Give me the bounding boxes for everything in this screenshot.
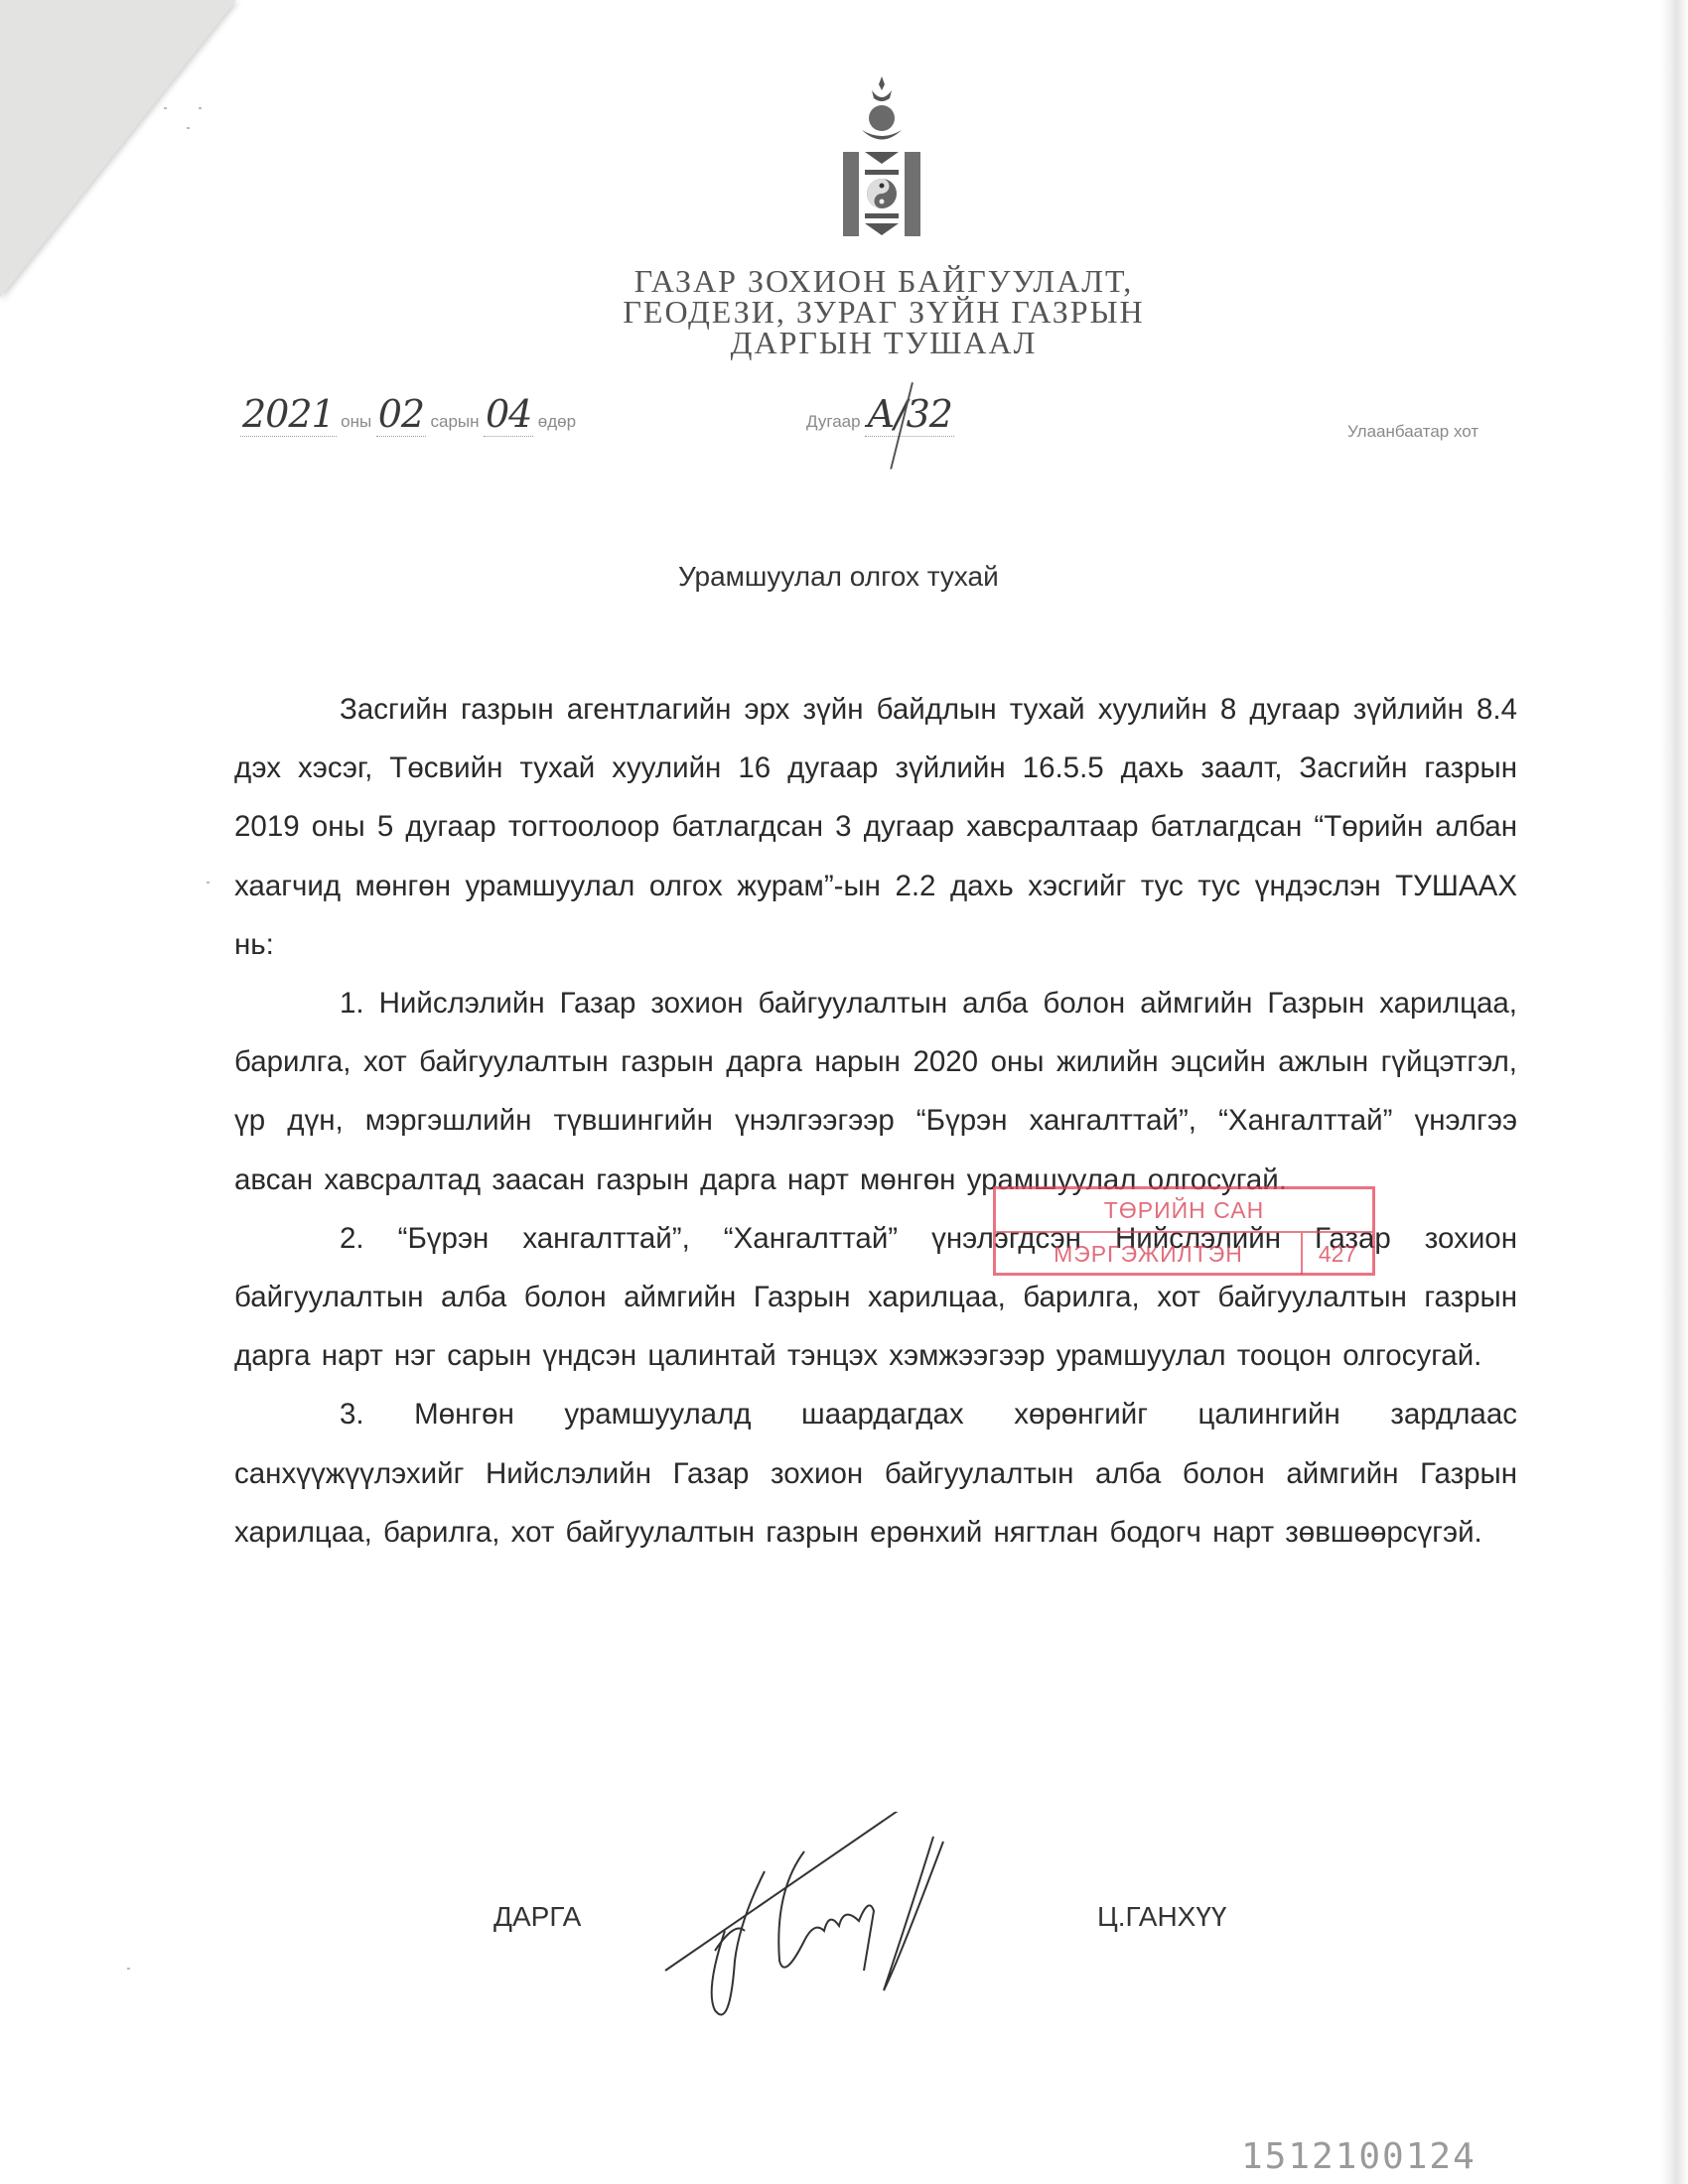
agency-title: ГАЗАР ЗОХИОН БАЙГУУЛАЛТ, ГЕОДЕЗИ, ЗУРАГ … [496,266,1271,358]
folded-page-corner [0,0,236,298]
number-value: А/32 [865,392,954,437]
number-label: Дугаар [806,412,861,431]
scan-speck [199,107,202,109]
state-emblem-icon [837,74,926,238]
stamp-number: 427 [1303,1233,1372,1275]
signature-block: ДАРГА Ц.ГАНХҮҮ [0,1842,1688,2040]
agency-title-line: ДАРГЫН ТУШААЛ [496,328,1271,358]
serial-number: 1512100124 [1241,2136,1477,2177]
signer-name: Ц.ГАНХҮҮ [1097,1901,1227,1933]
order-number: Дугаар А/32 [806,392,954,436]
signer-title: ДАРГА [493,1901,581,1933]
order-item-3: 3. Мөнгөн урамшуулалд шаардагдах хөрөнги… [234,1385,1517,1562]
date-day: 04 [484,392,533,437]
agency-title-line: ГЕОДЕЗИ, ЗУРАГ ЗҮЙН ГАЗРЫН [496,297,1271,328]
scan-speck [164,107,167,109]
date-year: 2021 [240,392,337,437]
month-label: сарын [431,412,480,432]
order-item-1: 1. Нийслэлийн Газар зохион байгуулалтын … [234,974,1517,1209]
date-month: 02 [376,392,426,437]
stamp-line-2: МЭРГЭЖИЛТЭН [996,1233,1303,1275]
year-label: оны [341,412,371,432]
order-date: 2021 оны 02 сарын 04 өдөр [240,392,576,437]
city-label: Улаанбаатар хот [1347,422,1478,442]
order-meta-row: 2021 оны 02 сарын 04 өдөр Дугаар А/32 Ул… [0,392,1688,452]
scan-speck [187,127,190,129]
treasury-stamp: ТӨРИЙН САН МЭРГЭЖИЛТЭН 427 [993,1186,1375,1276]
document-body: Засгийн газрын агентлагийн эрх зүйн байд… [234,680,1517,1562]
stamp-line-1: ТӨРИЙН САН [996,1189,1372,1233]
handwritten-signature-icon [645,1812,1092,2040]
agency-title-line: ГАЗАР ЗОХИОН БАЙГУУЛАЛТ, [496,266,1271,297]
day-label: өдөр [538,412,576,432]
preamble-paragraph: Засгийн газрын агентлагийн эрх зүйн байд… [234,680,1517,974]
document-subject: Урамшуулал олгох тухай [678,561,999,593]
scan-speck [207,882,210,884]
